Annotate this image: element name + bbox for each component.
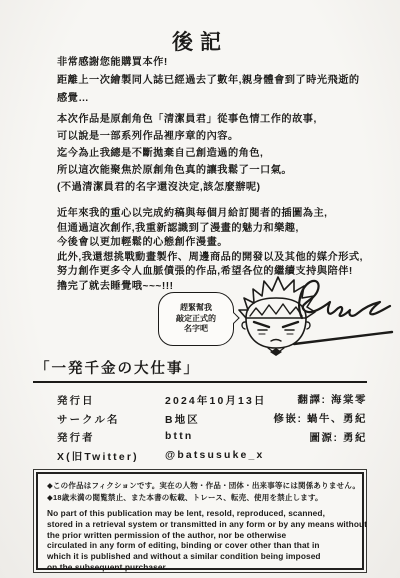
afterword-page: 後記 非常感謝您能購買本作!距離上一次繪製同人誌已經過去了數年,親身體會到了時光… <box>0 0 400 578</box>
disclaimer-japanese: ◆この作品はフィクションです。実在の人物・作品・団体・出来事等には関係ありません… <box>47 480 353 503</box>
disclaimer-box: ◆この作品はフィクションです。実在の人物・作品・団体・出来事等には関係ありません… <box>33 469 367 573</box>
speech-bubble: 趕緊幫我敲定正式的名字吧 <box>158 292 234 346</box>
work-title: 「一発千金の大仕事」 <box>35 357 200 378</box>
colophon-row-publish-date: 発行日 2024年10月13日 <box>57 390 302 409</box>
credit-source: 圖源: 勇紀 <box>274 429 367 448</box>
section-divider <box>33 381 367 383</box>
disclaimer-box-inner: ◆この作品はフィクションです。実在の人物・作品・団体・出来事等には関係ありません… <box>36 472 364 570</box>
colophon-label: 発行日 <box>57 392 165 407</box>
speech-bubble-text: 趕緊幫我敲定正式的名字吧 <box>176 303 216 335</box>
colophon-value: B地区 <box>165 411 200 426</box>
afterword-paragraph-2: 本次作品是原創角色「清潔員君」從事色情工作的故事,可以說是一部系列作品裡序章的內… <box>57 111 317 196</box>
colophon-value: 2024年10月13日 <box>165 392 267 407</box>
colophon-label: サークル名 <box>57 411 165 426</box>
colophon-row-circle-name: サークル名 B地区 <box>57 409 302 428</box>
disclaimer-english: No part of this publication may be lent,… <box>47 508 353 573</box>
afterword-paragraph-1: 非常感謝您能購買本作!距離上一次繪製同人誌已經過去了數年,親身體會到了時光飛逝的… <box>57 54 360 108</box>
colophon-row-publisher: 発行者 bttn <box>57 428 302 447</box>
colophon-row-twitter: X(旧Twitter) @batsusuke_x <box>57 446 302 465</box>
twitter-handle: @batsusuke_x <box>165 450 265 461</box>
colophon-label: 発行者 <box>57 429 165 444</box>
credit-editor: 修嵌: 蝸牛、勇紀 <box>274 410 367 429</box>
page-title: 後記 <box>0 26 400 56</box>
credit-translator: 翻譯: 海棠零 <box>274 391 367 410</box>
chibi-character-doodle <box>236 274 318 366</box>
colophon-value: bttn <box>165 431 193 442</box>
translation-credits: 翻譯: 海棠零 修嵌: 蝸牛、勇紀 圖源: 勇紀 <box>274 391 367 449</box>
colophon-label: X(旧Twitter) <box>57 448 165 463</box>
